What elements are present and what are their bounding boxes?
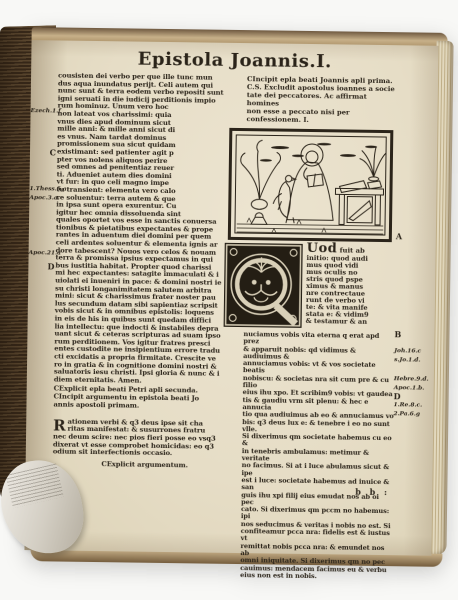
printed-page: Epistola Joannis.I. Ezech.1.f C 1.Thess.…: [24, 40, 438, 556]
book-on-desk: [339, 180, 366, 192]
drop-cap-R: R: [53, 418, 66, 432]
opening-paragraph: Uod fuit ab initio: quod audi mus quod v…: [224, 243, 397, 329]
writing-desk: [335, 180, 384, 225]
woodcut-saint-john: [227, 127, 395, 243]
margin-section-letter: B: [394, 329, 434, 340]
verse-lines: initio: quod audi mus quod vidi mus ocul…: [306, 255, 395, 326]
right-text-column: CIncipit epla beati Joannis apli prima. …: [240, 75, 399, 581]
margin-note: 1.Re.8.c.: [393, 401, 433, 409]
margin-section-letter: C: [30, 147, 56, 157]
margin-section-letter: D: [394, 391, 434, 402]
margin-note: Apoc.21.a: [29, 249, 55, 256]
margin-note: Ezech.1.f: [31, 107, 57, 114]
open-book: Epistola Joannis.I. Ezech.1.f C 1.Thess.…: [22, 27, 453, 567]
text-block-2peter: cousisten dei verbo per que ille tunc mu…: [58, 72, 242, 105]
text-block-1john: nuciamus vobis vita eterna q erat apd pr…: [240, 331, 395, 581]
plant-on-pedestal: [240, 140, 281, 225]
text-block-2peter-narrow: rum hominuz. Unum vero hoc non lateat vo…: [56, 103, 216, 219]
text-block-2peter-end: quales oportet vos esse in sanctis conue…: [54, 217, 240, 387]
rubric-incipit-joannis: CIncipit epla beati Joannis apli prima. …: [246, 75, 399, 125]
margin-section-letter: D: [28, 261, 54, 271]
margin-note: 2.Pa.6.g: [393, 410, 433, 418]
eagle: [273, 175, 296, 223]
margin-note: Apoc.3.a.: [29, 194, 55, 201]
signature-mark: b b :: [355, 487, 390, 497]
opening-lines: Uod fuit ab initio: quod audi mus quod v…: [306, 244, 395, 329]
argument-full-lines: nec deum scire: nec pios fieri posse eo …: [53, 433, 237, 458]
margin-note: Joh.16.c: [394, 347, 434, 355]
left-text-column: cousisten dei verbo per que ille tunc mu…: [53, 72, 243, 470]
margin-note: Hebre.9.d.: [394, 375, 434, 383]
decorated-initial-Q: [224, 243, 303, 328]
margin-note: 1.Thess.5.a.: [29, 185, 55, 192]
rubric-explicit-argumentum: CExplicit argumentum.: [53, 460, 237, 470]
wheat-sheaf: [360, 147, 386, 181]
page-title: Epistola Joannis.I.: [31, 47, 438, 74]
rubric-incipit-argumentum: CIncipit argumentu in epistola beati Jo …: [53, 393, 237, 411]
margin-section-letter: A: [396, 231, 436, 242]
margin-note: s.Jo.1.d.: [394, 356, 434, 364]
